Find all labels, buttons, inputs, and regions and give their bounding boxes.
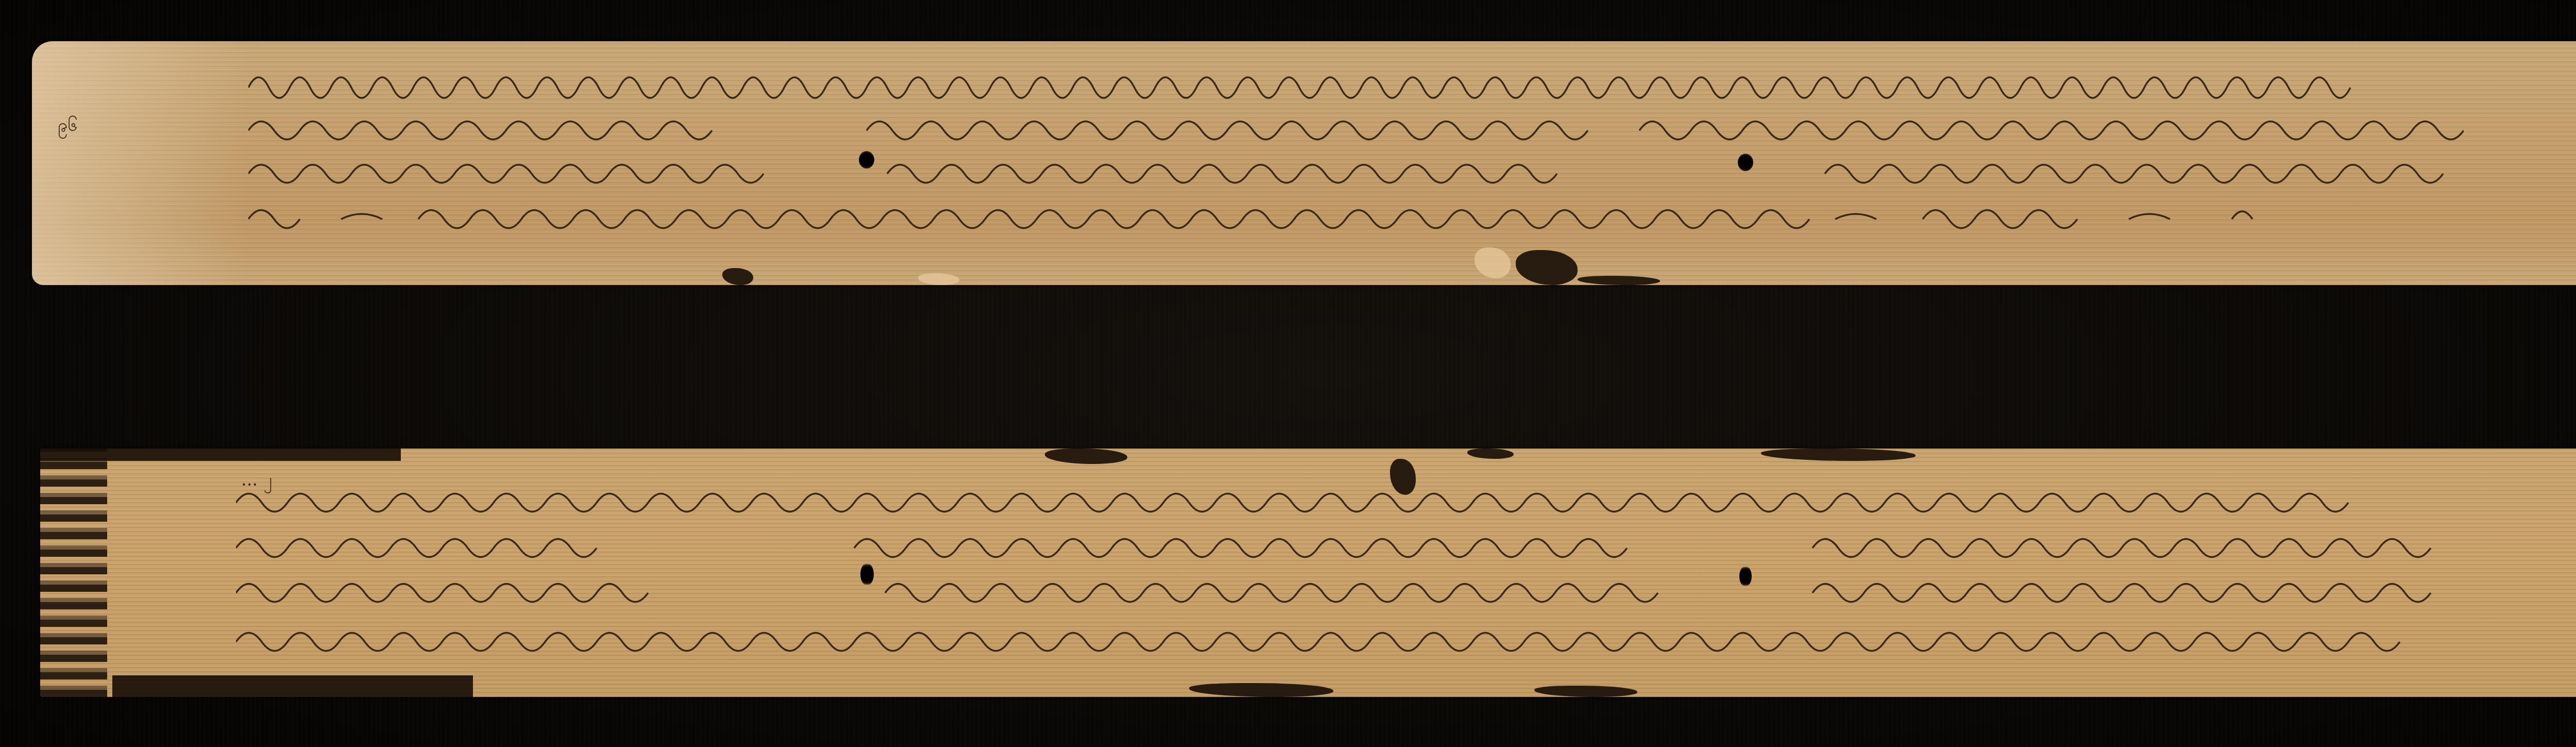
edge-damage [1578,276,1660,285]
edge-damage [40,449,401,461]
edge-damage [1761,449,1916,461]
edge-damage [112,675,473,697]
leaf-number-mark: ၉၆ [58,113,77,140]
manuscript-line-2 [248,107,2464,148]
palm-leaf-top: ၉၆ [32,41,2576,285]
edge-damage [1467,449,1514,459]
edge-wear [1475,247,1511,278]
edge-wear [918,273,959,285]
edge-damage [722,268,753,285]
edge-damage [1534,686,1637,697]
manuscript-line-1 [248,62,2464,103]
manuscript-line-3 [236,570,2451,611]
manuscript-line-2 [236,525,2451,566]
palm-leaf-bottom: ... ၂ [40,449,2576,697]
edge-damage [1189,683,1333,697]
manuscript-line-4 [236,619,2451,660]
manuscript-line-3 [248,151,2464,192]
manuscript-line-1 [236,479,2451,521]
edge-damage [1045,449,1127,464]
edge-damage [1516,250,1578,285]
manuscript-line-4 [248,196,2464,237]
